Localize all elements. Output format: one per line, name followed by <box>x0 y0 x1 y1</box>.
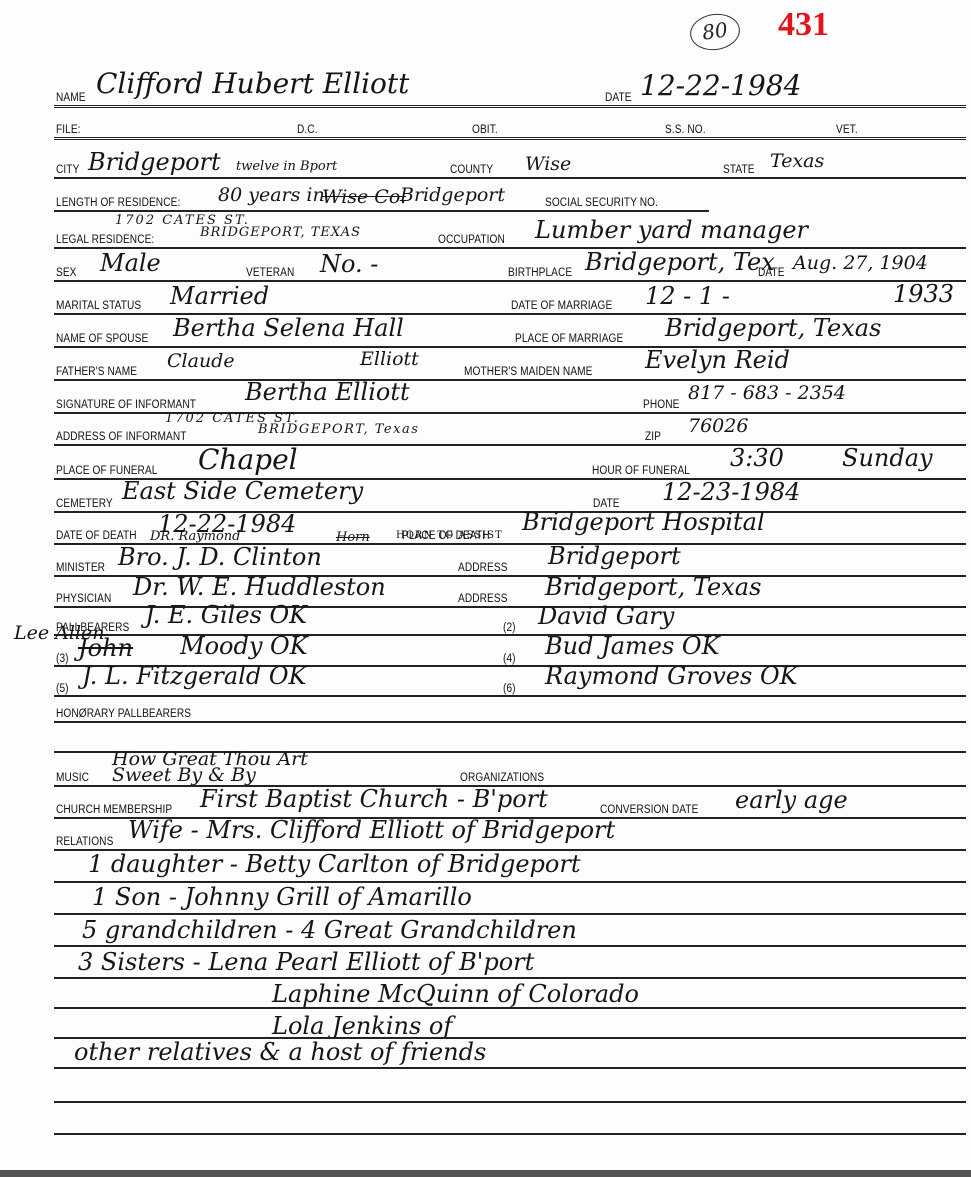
veteran-label: VETERAN <box>246 267 294 279</box>
place-of-funeral-label: PLACE OF FUNERAL <box>56 465 158 477</box>
funeral-day: Sunday <box>842 446 933 470</box>
mother-value: Evelyn Reid <box>645 348 790 372</box>
father-last: Elliott <box>360 350 419 369</box>
date-of-marriage-label: DATE OF MARRIAGE <box>511 300 612 312</box>
occupation-value: Lumber yard manager <box>535 218 808 242</box>
informant-address-label: ADDRESS OF INFORMANT <box>56 431 187 443</box>
zip-label: ZIP <box>645 431 661 443</box>
pallbearer-6: Raymond Groves OK <box>545 664 798 688</box>
state-value: Texas <box>770 152 824 171</box>
minister-note-b: HORN TO ASSIST <box>396 531 503 541</box>
pallbearer-5: J. L. Fitzgerald OK <box>82 664 306 688</box>
legal-residence-label: LEGAL RESIDENCE: <box>56 234 154 246</box>
rule <box>54 1132 966 1135</box>
honorary-pallbearers-label: HONØRARY PALLBEARERS <box>56 708 191 720</box>
conversion-date-value: early age <box>735 788 848 812</box>
pallbearer-3: Moody OK <box>180 634 308 658</box>
minister-label: MINISTER <box>56 562 105 574</box>
father-label: FATHER'S NAME <box>56 366 137 378</box>
pallbearer-4: Bud James OK <box>545 634 720 658</box>
sex-value: Male <box>100 251 161 275</box>
zip-value: 76026 <box>688 417 748 436</box>
relation-line: 1 daughter - Betty Carlton of Bridgeport <box>88 852 580 876</box>
name-value: Clifford Hubert Elliott <box>96 70 409 98</box>
phone-label: PHONE <box>643 399 679 411</box>
rule <box>54 1066 966 1069</box>
pallbearer-1: J. E. Giles OK <box>145 603 307 627</box>
record-number: 431 <box>778 6 829 44</box>
place-of-marriage-value: Bridgeport, Texas <box>665 316 881 340</box>
rule <box>54 378 966 381</box>
pallbearer-3-struck: John <box>78 636 133 660</box>
relation-line: 1 Son - Johnny Grill of Amarillo <box>92 885 472 909</box>
relation-line: 5 grandchildren - 4 Great Grandchildren <box>82 918 577 942</box>
birth-date-label: DATE <box>758 267 785 279</box>
cemetery-value: East Side Cemetery <box>122 479 363 503</box>
relation-line: Wife - Mrs. Clifford Elliott of Bridgepo… <box>128 818 615 842</box>
organizations-label: ORGANIZATIONS <box>460 772 544 784</box>
relations-label: RELATIONS <box>56 836 113 848</box>
file-label: FILE: <box>56 124 81 136</box>
marital-status-value: Married <box>170 284 269 308</box>
rule <box>54 176 966 179</box>
minister-address-value: Bridgeport <box>548 544 681 568</box>
cemetery-date-value: 12-23-1984 <box>662 480 800 504</box>
informant-address-line2: BRIDGEPORT, Texas <box>258 423 419 436</box>
ss-no-label: S.S. NO. <box>665 124 706 136</box>
music-line2: Sweet By & By <box>112 766 256 785</box>
rule <box>54 345 966 348</box>
conversion-date-label: CONVERSION DATE <box>600 804 698 816</box>
place-of-funeral-value: Chapel <box>198 446 298 474</box>
date-of-marriage-value: 12 - 1 - <box>645 284 730 308</box>
rule <box>54 720 966 723</box>
obit-label: OBIT. <box>472 124 498 136</box>
relation-line: Laphine McQuinn of Colorado <box>272 982 639 1006</box>
state-label: STATE <box>723 164 755 176</box>
minister-value: Bro. J. D. Clinton <box>118 545 322 569</box>
date-of-death-label: DATE OF DEATH <box>56 530 137 542</box>
circled-age: 80 <box>688 11 743 54</box>
funeral-record-page: 80 431 NAME Clifford Hubert Elliott DATE… <box>0 0 971 1177</box>
hour-of-funeral-value: 3:30 <box>730 446 784 470</box>
rule <box>54 912 966 915</box>
rule <box>54 136 966 140</box>
minister-note: DR. Raymond <box>150 530 241 543</box>
relation-line: Lola Jenkins of <box>272 1014 452 1038</box>
music-label: MUSIC <box>56 772 89 784</box>
mother-label: MOTHER'S MAIDEN NAME <box>464 366 593 378</box>
phone-value: 817 - 683 - 2354 <box>688 384 846 403</box>
residence-length-value: 80 years in <box>218 186 325 205</box>
physician-address-value: Bridgeport, Texas <box>545 575 761 599</box>
minister-address-label: ADDRESS <box>458 562 508 574</box>
county-value: Wise <box>525 155 571 174</box>
date-of-marriage-year: 1933 <box>893 282 954 306</box>
date-label: DATE <box>605 92 632 104</box>
veteran-value: No. - <box>320 252 378 276</box>
relation-line: other relatives & a host of friends <box>74 1040 486 1064</box>
rule <box>54 246 966 249</box>
residence-length-label: LENGTH OF RESIDENCE: <box>56 197 180 209</box>
scan-edge <box>0 1170 971 1177</box>
physician-address-label: ADDRESS <box>458 593 508 605</box>
birth-date-value: Aug. 27, 1904 <box>793 254 928 273</box>
place-of-death-value: Bridgeport Hospital <box>522 510 765 534</box>
rule <box>54 104 966 108</box>
rule <box>54 1100 966 1103</box>
rule <box>54 443 966 446</box>
rule <box>54 694 966 697</box>
county-label: COUNTY <box>450 164 493 176</box>
rule <box>54 944 966 947</box>
city-value: Bridgeport <box>88 150 221 174</box>
birthplace-value: Bridgeport, Tex <box>585 250 775 274</box>
sex-label: SEX <box>56 267 77 279</box>
father-first: Claude <box>167 352 235 371</box>
legal-residence-line2: BRIDGEPORT, TEXAS <box>200 226 361 239</box>
physician-label: PHYSICIAN <box>56 593 111 605</box>
minister-note-struck: Horn <box>336 531 370 544</box>
informant-label: SIGNATURE OF INFORMANT <box>56 399 196 411</box>
residence-length-struck: Wise Co. <box>322 188 406 207</box>
church-membership-value: First Baptist Church - B'port <box>200 787 548 811</box>
place-of-marriage-label: PLACE OF MARRIAGE <box>515 333 623 345</box>
rule <box>54 209 709 212</box>
city-label: CITY <box>56 164 79 176</box>
church-membership-label: CHURCH MEMBERSHIP <box>56 804 172 816</box>
marital-status-label: MARITAL STATUS <box>56 300 141 312</box>
name-label: NAME <box>56 92 86 104</box>
rule <box>54 1006 966 1009</box>
residence-length-value-b: Bridgeport <box>400 186 505 205</box>
relation-line: 3 Sisters - Lena Pearl Elliott of B'port <box>78 950 534 974</box>
spouse-value: Bertha Selena Hall <box>173 316 404 340</box>
spouse-label: NAME OF SPOUSE <box>56 333 148 345</box>
date-value: 12-22-1984 <box>640 72 801 100</box>
pallbearer-2: David Gary <box>538 604 674 628</box>
social-security-label: SOCIAL SECURITY NO. <box>545 197 658 209</box>
birthplace-label: BIRTHPLACE <box>508 267 572 279</box>
hour-of-funeral-label: HOUR OF FUNERAL <box>592 465 690 477</box>
physician-value: Dr. W. E. Huddleston <box>133 575 386 599</box>
informant-value: Bertha Elliott <box>245 380 410 404</box>
rule <box>54 976 966 979</box>
occupation-label: OCCUPATION <box>438 234 505 246</box>
dc-label: D.C. <box>297 124 318 136</box>
vet-label: VET. <box>836 124 858 136</box>
cemetery-label: CEMETERY <box>56 498 113 510</box>
city-note: twelve in Bport <box>236 160 337 173</box>
